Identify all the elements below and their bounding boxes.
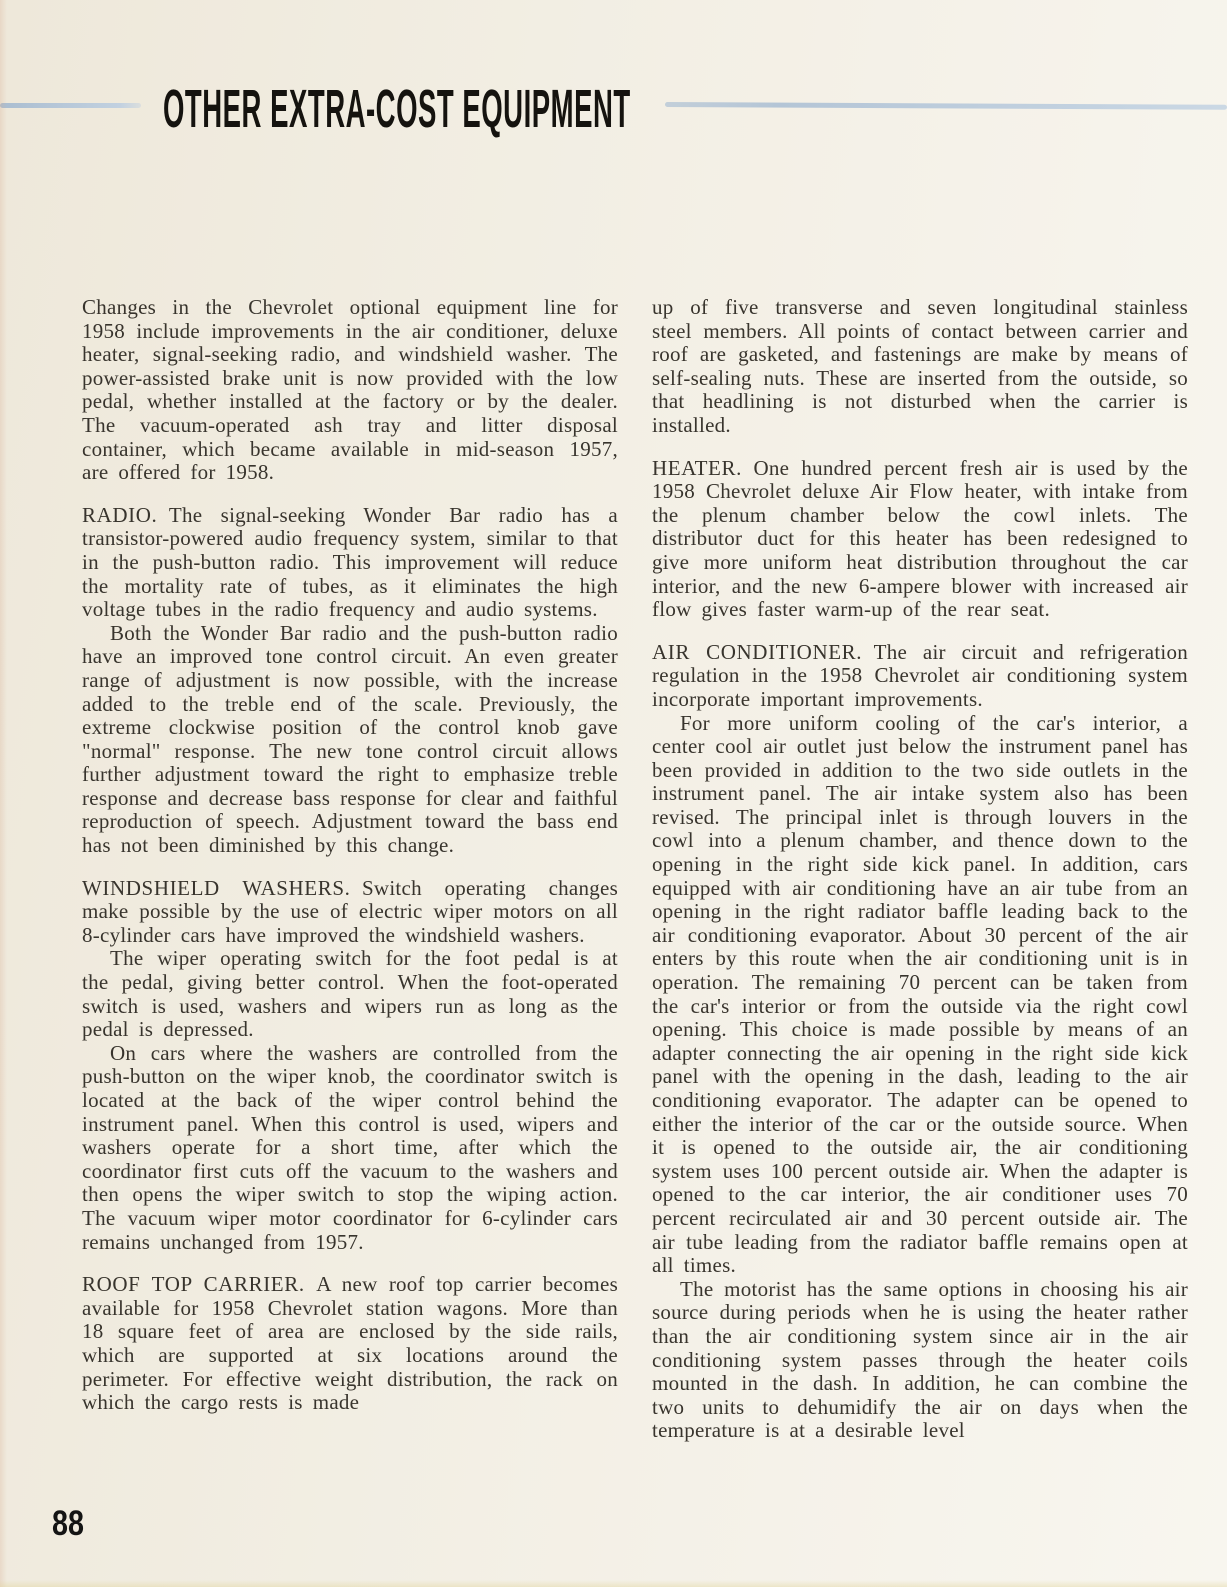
page-title: OTHER EXTRA-COST EQUIPMENT bbox=[163, 82, 631, 136]
section-heading: RADIO. bbox=[82, 503, 157, 527]
section-heading: WINDSHIELD WASHERS. bbox=[82, 876, 350, 900]
section-heading: AIR CONDITIONER. bbox=[652, 640, 862, 664]
right-column: up of five transverse and seven longitud… bbox=[652, 296, 1188, 1443]
section-paragraph: ROOF TOP CARRIER.A new roof top carrier … bbox=[82, 1273, 618, 1415]
header-rule-left bbox=[0, 103, 141, 108]
body-paragraph: The motorist has the same options in cho… bbox=[652, 1278, 1188, 1443]
body-paragraph: up of five transverse and seven longitud… bbox=[652, 296, 1188, 438]
page-number: 88 bbox=[52, 1506, 84, 1541]
body-paragraph: On cars where the washers are controlled… bbox=[82, 1042, 618, 1254]
header-rule-right bbox=[665, 102, 1227, 110]
left-column: Changes in the Chevrolet optional equipm… bbox=[82, 296, 618, 1443]
body-paragraph: For more uniform cooling of the car's in… bbox=[652, 712, 1188, 1278]
section-paragraph: WINDSHIELD WASHERS.Switch operating chan… bbox=[82, 877, 618, 948]
section-heading: ROOF TOP CARRIER. bbox=[82, 1272, 305, 1296]
body-paragraph: The wiper operating switch for the foot … bbox=[82, 947, 618, 1041]
section-paragraph: RADIO.The signal-seeking Wonder Bar radi… bbox=[82, 504, 618, 622]
scan-edge-bottom bbox=[0, 1580, 1227, 1587]
section-paragraph: HEATER.One hundred percent fresh air is … bbox=[652, 457, 1188, 622]
document-page: OTHER EXTRA-COST EQUIPMENT Changes in th… bbox=[0, 0, 1227, 1587]
section-paragraph: AIR CONDITIONER.The air circuit and refr… bbox=[652, 641, 1188, 712]
two-column-text-block: Changes in the Chevrolet optional equipm… bbox=[82, 296, 1188, 1443]
section-heading: HEATER. bbox=[652, 456, 742, 480]
scan-edge-left bbox=[0, 0, 7, 1587]
body-paragraph: Changes in the Chevrolet optional equipm… bbox=[82, 296, 618, 485]
body-paragraph: Both the Wonder Bar radio and the push-b… bbox=[82, 622, 618, 858]
